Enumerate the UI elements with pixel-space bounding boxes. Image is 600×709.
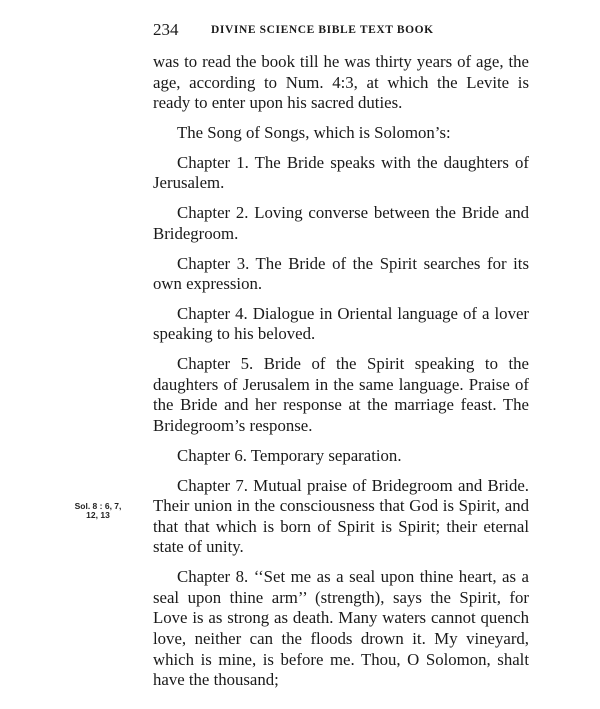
page-header: 234 DIVINE SCIENCE BIBLE TEXT BOOK — [153, 20, 529, 42]
paragraph-chapter-6: Chapter 6. Temporary separation. — [153, 446, 529, 467]
paragraph-chapter-1: Chapter 1. The Bride speaks with the dau… — [153, 153, 529, 194]
running-title: DIVINE SCIENCE BIBLE TEXT BOOK — [211, 24, 434, 36]
body-text: was to read the book till he was thirty … — [153, 52, 529, 700]
paragraph-chapter-4: Chapter 4. Dialogue in Oriental language… — [153, 304, 529, 345]
paragraph-chapter-5: Chapter 5. Bride of the Spirit speaking … — [153, 354, 529, 436]
margin-note-line: 12, 13 — [56, 511, 140, 520]
paragraph-chapter-2: Chapter 2. Loving converse between the B… — [153, 203, 529, 244]
paragraph-chapter-3: Chapter 3. The Bride of the Spirit searc… — [153, 254, 529, 295]
margin-note-reference: Sol. 8 : 6, 7, 12, 13 — [56, 502, 140, 520]
paragraph-continuation: was to read the book till he was thirty … — [153, 52, 529, 114]
paragraph-intro: The Song of Songs, which is Solomon’s: — [153, 123, 529, 144]
paragraph-chapter-8: Chapter 8. ‘‘Set me as a seal upon thine… — [153, 567, 529, 691]
page-number: 234 — [153, 20, 179, 40]
paragraph-chapter-7: Chapter 7. Mutual praise of Bridegroom a… — [153, 476, 529, 558]
